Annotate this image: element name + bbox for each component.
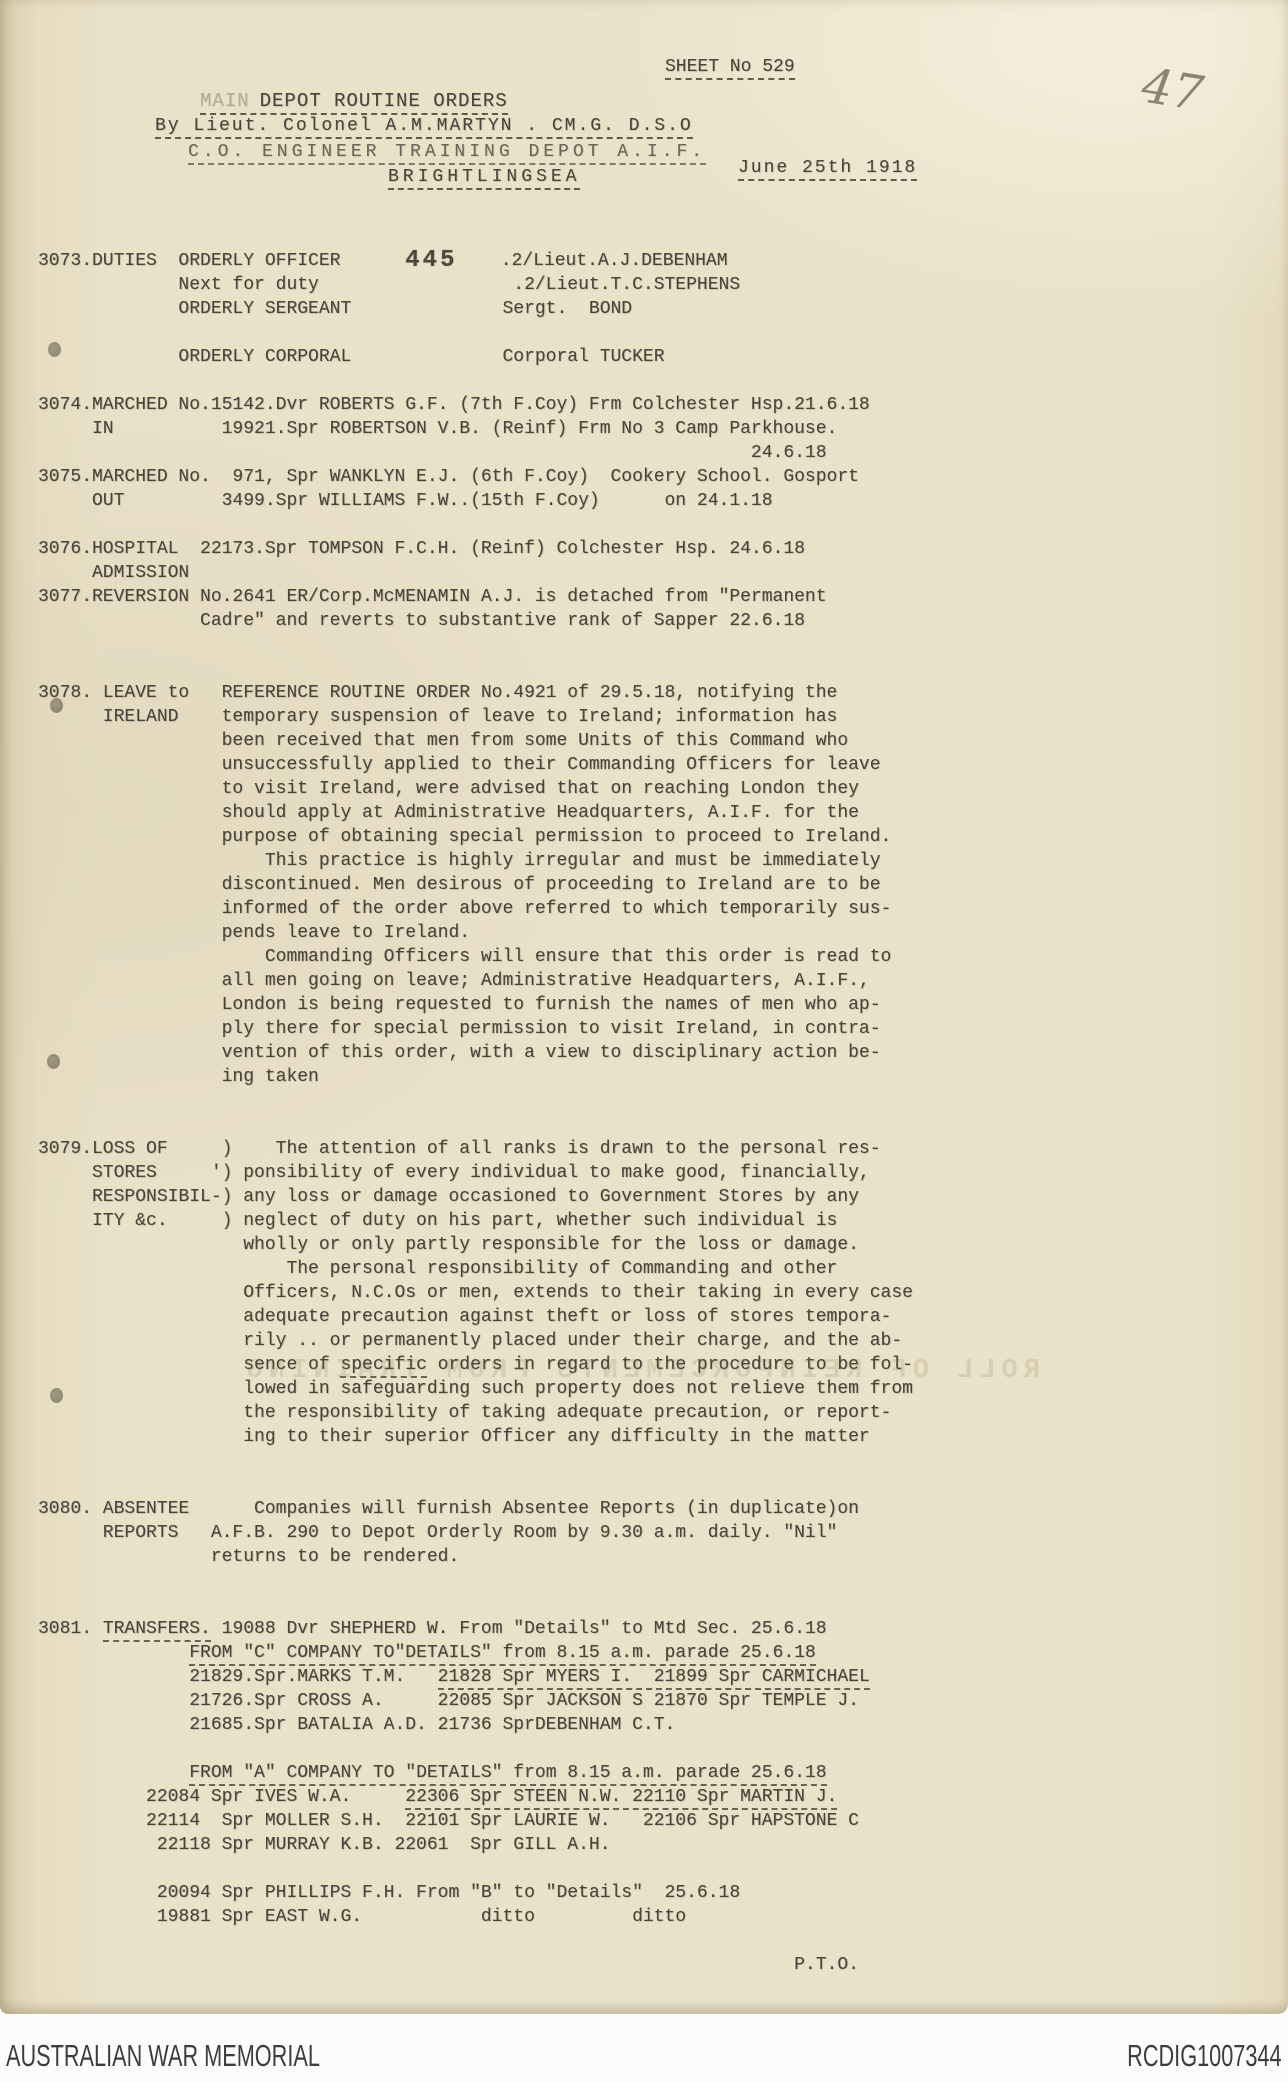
typed-line: adequate precaution against theft or los… bbox=[38, 1305, 1268, 1329]
typed-line: Next for duty .2/Lieut.T.C.STEPHENS bbox=[38, 273, 1268, 297]
typed-line: wholly or only partly responsible for th… bbox=[38, 1233, 1268, 1257]
typed-line: 22084 Spr IVES W.A. 22306 Spr STEEN N.W.… bbox=[38, 1785, 1268, 1809]
typed-line: ORDERLY SERGEANT Sergt. BOND bbox=[38, 297, 1268, 321]
typed-line bbox=[38, 1473, 1268, 1497]
typed-line: 3073.DUTIES ORDERLY OFFICER 445 .2/Lieut… bbox=[38, 248, 1268, 273]
reference-id: RCDIG1007344 bbox=[1128, 2038, 1282, 2074]
typed-line: 22114 Spr MOLLER S.H. 22101 Spr LAURIE W… bbox=[38, 1809, 1268, 1833]
typed-line: P.T.O. bbox=[38, 1953, 1268, 1977]
typed-line: 3075.MARCHED No. 971, Spr WANKLYN E.J. (… bbox=[38, 465, 1268, 489]
typed-line bbox=[38, 1113, 1268, 1137]
typed-line: 3080. ABSENTEE Companies will furnish Ab… bbox=[38, 1497, 1268, 1521]
typed-line bbox=[38, 513, 1268, 537]
typed-line: 3079.LOSS OF ) The attention of all rank… bbox=[38, 1137, 1268, 1161]
commanding-officer-byline: By Lieut. Colonel A.M.MARTYN . CM.G. D.S… bbox=[155, 116, 693, 136]
typed-body: 3073.DUTIES ORDERLY OFFICER 445 .2/Lieut… bbox=[38, 248, 1268, 1977]
typed-line: The personal responsibility of Commandin… bbox=[38, 1257, 1268, 1281]
typed-line bbox=[38, 1569, 1268, 1593]
typed-line: been received that men from some Units o… bbox=[38, 729, 1268, 753]
title-faded-word: MAIN bbox=[200, 90, 250, 112]
typed-line: Commanding Officers will ensure that thi… bbox=[38, 945, 1268, 969]
typed-line: ing to their superior Officer any diffic… bbox=[38, 1425, 1268, 1449]
typed-line: returns to be rendered. bbox=[38, 1545, 1268, 1569]
typed-line: unsuccessfully applied to their Commandi… bbox=[38, 753, 1268, 777]
typed-line: FROM "A" COMPANY TO "DETAILS" from 8.15 … bbox=[38, 1761, 1268, 1785]
document-paper: SHEET No 529 47 MAINDEPOT ROUTINE ORDERS… bbox=[0, 0, 1288, 2014]
typed-line: 3081. TRANSFERS. 19088 Dvr SHEPHERD W. F… bbox=[38, 1617, 1268, 1641]
typed-line: rily .. or permanently placed under thei… bbox=[38, 1329, 1268, 1353]
typed-line bbox=[38, 1737, 1268, 1761]
typed-line: FROM "C" COMPANY TO"DETAILS" from 8.15 a… bbox=[38, 1641, 1268, 1665]
typed-line: 19881 Spr EAST W.G. ditto ditto bbox=[38, 1905, 1268, 1929]
typed-line: 21829.Spr.MARKS T.M. 21828 Spr MYERS I. … bbox=[38, 1665, 1268, 1689]
date-line: June 25th 1918 bbox=[738, 158, 917, 178]
typed-line bbox=[38, 321, 1268, 345]
typed-line: to visit Ireland, were advised that on r… bbox=[38, 777, 1268, 801]
typed-line: 21726.Spr CROSS A. 22085 Spr JACKSON S 2… bbox=[38, 1689, 1268, 1713]
typed-line bbox=[38, 1449, 1268, 1473]
show-through-text: ROLL OF REINFORCEMENTS FROM TRAINING bbox=[60, 1356, 1040, 1386]
typed-line: ing taken bbox=[38, 1065, 1268, 1089]
typed-line: vention of this order, with a view to di… bbox=[38, 1041, 1268, 1065]
typed-line: ITY &c. ) neglect of duty on his part, w… bbox=[38, 1209, 1268, 1233]
typed-line bbox=[38, 1929, 1268, 1953]
archive-footer: AUSTRALIAN WAR MEMORIAL RCDIG1007344 bbox=[0, 2014, 1288, 2082]
typed-line: REPORTS A.F.B. 290 to Depot Orderly Room… bbox=[38, 1521, 1268, 1545]
typed-line: 3077.REVERSION No.2641 ER/Corp.McMENAMIN… bbox=[38, 585, 1268, 609]
scanned-document-page: SHEET No 529 47 MAINDEPOT ROUTINE ORDERS… bbox=[0, 0, 1288, 2082]
typed-line bbox=[38, 633, 1268, 657]
typed-line bbox=[38, 1857, 1268, 1881]
typed-line: the responsibility of taking adequate pr… bbox=[38, 1401, 1268, 1425]
typed-line: Officers, N.C.Os or men, extends to thei… bbox=[38, 1281, 1268, 1305]
sheet-number: SHEET No 529 bbox=[665, 57, 795, 77]
typed-line: ADMISSION bbox=[38, 561, 1268, 585]
pencil-page-number: 47 bbox=[1138, 58, 1207, 123]
typed-line: OUT 3499.Spr WILLIAMS F.W..(15th F.Coy) … bbox=[38, 489, 1268, 513]
title-text: DEPOT ROUTINE ORDERS bbox=[260, 90, 508, 112]
archive-name: AUSTRALIAN WAR MEMORIAL bbox=[6, 2038, 320, 2074]
typed-line: 20094 Spr PHILLIPS F.H. From "B" to "Det… bbox=[38, 1881, 1268, 1905]
typed-line bbox=[38, 369, 1268, 393]
typed-line bbox=[38, 1593, 1268, 1617]
typed-line: STORES ') ponsibility of every individua… bbox=[38, 1161, 1268, 1185]
typed-line: 22118 Spr MURRAY K.B. 22061 Spr GILL A.H… bbox=[38, 1833, 1268, 1857]
document-title: MAINDEPOT ROUTINE ORDERS bbox=[200, 90, 508, 112]
typed-line: should apply at Administrative Headquart… bbox=[38, 801, 1268, 825]
typed-line bbox=[38, 1089, 1268, 1113]
typed-line: informed of the order above referred to … bbox=[38, 897, 1268, 921]
typed-line: 3078. LEAVE to REFERENCE ROUTINE ORDER N… bbox=[38, 681, 1268, 705]
unit-line: C.O. ENGINEER TRAINING DEPOT A.I.F. bbox=[188, 142, 706, 162]
typed-line: 3076.HOSPITAL 22173.Spr TOMPSON F.C.H. (… bbox=[38, 537, 1268, 561]
typed-line: This practice is highly irregular and mu… bbox=[38, 849, 1268, 873]
typed-line: 3074.MARCHED No.15142.Dvr ROBERTS G.F. (… bbox=[38, 393, 1268, 417]
typed-line: pends leave to Ireland. bbox=[38, 921, 1268, 945]
typed-line: Cadre" and reverts to substantive rank o… bbox=[38, 609, 1268, 633]
typed-line bbox=[38, 657, 1268, 681]
typed-line: IN 19921.Spr ROBERTSON V.B. (Reinf) Frm … bbox=[38, 417, 1268, 441]
typed-line: 21685.Spr BATALIA A.D. 21736 SprDEBENHAM… bbox=[38, 1713, 1268, 1737]
typed-line: purpose of obtaining special permission … bbox=[38, 825, 1268, 849]
typed-line: London is being requested to furnish the… bbox=[38, 993, 1268, 1017]
typed-line: ORDERLY CORPORAL Corporal TUCKER bbox=[38, 345, 1268, 369]
typed-line: discontinued. Men desirous of proceeding… bbox=[38, 873, 1268, 897]
typed-line: 24.6.18 bbox=[38, 441, 1268, 465]
location-line: BRIGHTLINGSEA bbox=[388, 167, 580, 187]
typed-line: IRELAND temporary suspension of leave to… bbox=[38, 705, 1268, 729]
typed-line: all men going on leave; Administrative H… bbox=[38, 969, 1268, 993]
typed-line: ply there for special permission to visi… bbox=[38, 1017, 1268, 1041]
typed-line: RESPONSIBIL-) any loss or damage occasio… bbox=[38, 1185, 1268, 1209]
